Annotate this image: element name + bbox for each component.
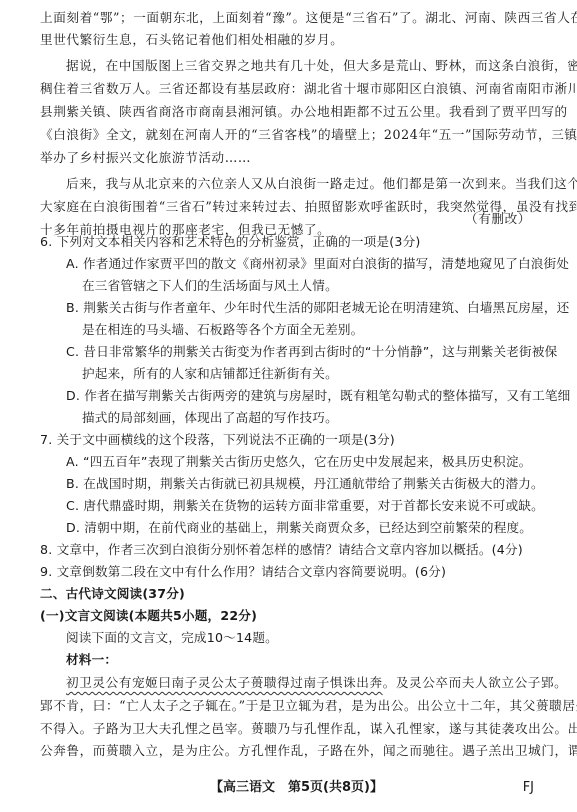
- question-7-option-a: A. “四五百年”表现了荆紫关古街历史悠久，它在历史中发展起来，极具历史积淀。: [66, 453, 566, 471]
- section-heading: 二、古代诗文阅读(37分): [40, 585, 540, 603]
- passage-line: 《白浪街》全文，就刻在河南人开的“三省客栈”的墙壁上；2024年“五一”国际劳动…: [40, 126, 540, 144]
- question-9: 9. 文章倒数第二段在文中有什么作用？请结合文章内容简要说明。(6分): [40, 563, 540, 581]
- question-7-option-b: B. 在战国时期，荆紫关古街就已初具规模，丹江通航带给了荆紫关古街极大的潜力。: [66, 475, 566, 493]
- question-6-option-b-cont: 是在相连的马头墙、石板路等各个方面全无差别。: [82, 321, 577, 339]
- question-7-stem: 7. 关于文中画横线的这个段落，下列说法不正确的一项是(3分): [40, 431, 540, 449]
- material-label: 材料一：: [66, 651, 566, 669]
- question-8: 8. 文章中，作者三次到白浪街分别怀着怎样的感情？请结合文章内容加以概括。(4分…: [40, 541, 540, 559]
- question-6-option-c: C. 昔日非常繁华的荆紫关古街变为作者再到古街时的“十分悄静”，这与荆紫关老街被…: [66, 343, 566, 361]
- exam-page: 上面刻着“鄂”；一面朝东北，上面刻着“豫”。这便是“三省石”了。湖北、河南、陕西…: [0, 0, 577, 812]
- passage-line: 里世代繁衍生息，石头铭记着他们相处相融的岁月。: [40, 31, 540, 49]
- passage-line: 县荆紫关镇、陕西省商洛市商南县湘河镇。办公地相距都不过五公里。我看到了贾平凹写的: [40, 103, 540, 121]
- question-6-option-d-cont: 描式的局部刻画，体现出了高超的写作技巧。: [82, 409, 577, 427]
- question-6-option-c-cont: 护起来，所有的人家和店铺都迁往新街有关。: [82, 365, 577, 383]
- question-6-stem: 6. 下列对文本相关内容和艺术特色的分析鉴赏，正确的一项是(3分): [40, 233, 540, 251]
- subsection-heading: (一)文言文阅读(本题共5小题，22分): [40, 607, 540, 625]
- region-code: FJ: [523, 778, 534, 798]
- passage-paragraph-start: 据说，在中国版图上三省交界之地共有几十处，但大多是荒山、野林，而这条白浪街，密密…: [66, 57, 566, 75]
- question-6-option-a-cont: 在三省管辖之下人们的生活场面与风土人情。: [82, 277, 577, 295]
- source-note: （有删改）: [465, 210, 531, 228]
- question-6-option-a: A. 作者通过作家贾平凹的散文《商州初录》里面对白浪街的描写，清楚地窥见了白浪街…: [66, 255, 566, 273]
- passage-paragraph-start: 后来，我与从北京来的六位亲人又从白浪街一路走过。他们都是第一次到来。当我们这个: [66, 175, 566, 193]
- reading-instruction: 阅读下面的文言文，完成10～14题。: [66, 629, 566, 647]
- passage-line: 举办了乡村振兴文化旅游节活动……: [40, 149, 540, 167]
- passage-line: 稠住着三省数万人。三省还都设有基层政府：湖北省十堰市郧阳区白浪镇、河南省南阳市淅…: [40, 80, 540, 98]
- question-6-option-d: D. 作者在描写荆紫关古街两旁的建筑与房屋时，既有粗笔勾勒式的整体描写，又有工笔…: [66, 387, 566, 405]
- question-7-option-d: D. 清朝中期，在前代商业的基础上，荆紫关商贾众多，已经达到空前繁荣的程度。: [66, 519, 566, 537]
- passage-line: 上面刻着“鄂”；一面朝东北，上面刻着“豫”。这便是“三省石”了。湖北、河南、陕西…: [40, 9, 540, 27]
- page-number-label: 【高三语文 第5页(共8页)】: [210, 778, 383, 798]
- question-7-option-c: C. 唐代鼎盛时期，荆紫关在货物的运转方面非常重要，对于首都长安来说不可或缺。: [66, 497, 566, 515]
- question-6-option-b: B. 荆紫关古街与作者童年、少年时代生活的郧阳老城无论在明清建筑、白墙黑瓦房屋，…: [66, 299, 566, 317]
